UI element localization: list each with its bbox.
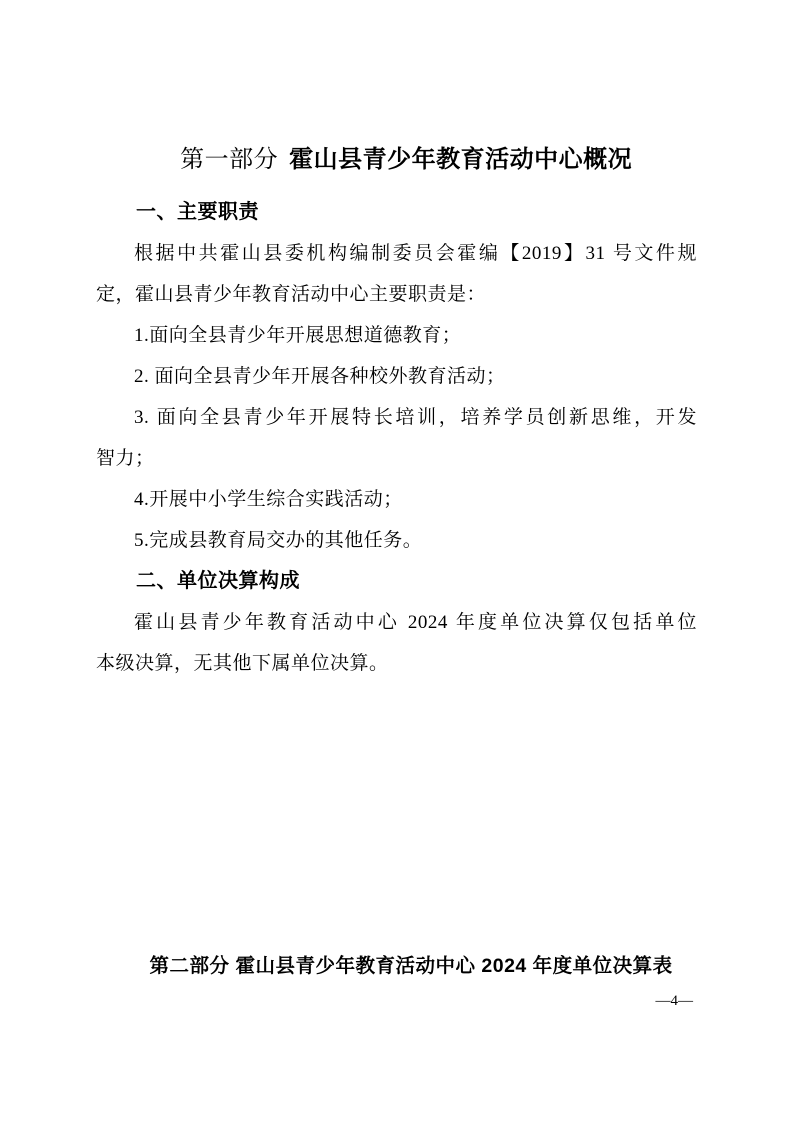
part2-title: 第二部分 霍山县青少年教育活动中心 2024 年度单位决算表 [96, 951, 697, 981]
section-heading-duties: 一、主要职责 [96, 192, 697, 233]
duty-item-1: 1.面向全县青少年开展思想道德教育； [96, 315, 697, 356]
section-heading-composition: 二、单位决算构成 [96, 561, 697, 602]
part1-title-prefix: 第一部分 [180, 146, 278, 173]
duty-item-2: 2. 面向全县青少年开展各种校外教育活动； [96, 356, 697, 397]
paragraph-line: 本级决算，无其他下属单位决算。 [96, 643, 697, 684]
paragraph-line: 智力； [96, 438, 697, 479]
paragraph-line: 定，霍山县青少年教育活动中心主要职责是： [96, 274, 697, 315]
document-page: 第一部分霍山县青少年教育活动中心概况 一、主要职责 根据中共霍山县委机构编制委员… [0, 0, 793, 1122]
duty-item-3: 3. 面向全县青少年开展特长培训，培养学员创新思维，开发 [96, 397, 697, 438]
page-number: —4— [656, 990, 694, 1012]
paragraph-line: 霍山县青少年教育活动中心 2024 年度单位决算仅包括单位 [96, 602, 697, 643]
part1-title-main: 霍山县青少年教育活动中心概况 [289, 146, 632, 173]
paragraph-line: 根据中共霍山县委机构编制委员会霍编【2019】31 号文件规 [96, 233, 697, 274]
part1-title: 第一部分霍山县青少年教育活动中心概况 [96, 140, 697, 180]
duty-item-5: 5.完成县教育局交办的其他任务。 [96, 520, 697, 561]
duty-item-4: 4.开展中小学生综合实践活动； [96, 479, 697, 520]
